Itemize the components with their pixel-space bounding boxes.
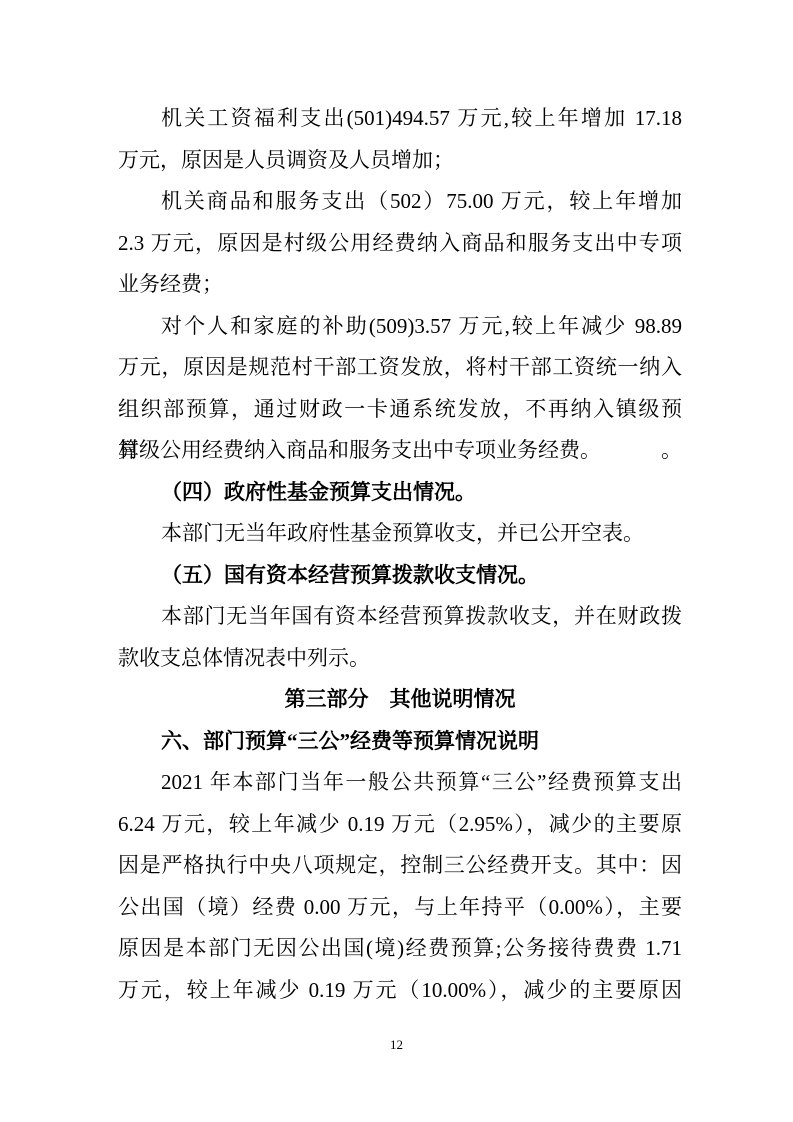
body-text-line: 组织部预算，通过财政一卡通系统发放，不再纳入镇级预算。 bbox=[118, 389, 682, 431]
body-text-line: 因是严格执行中央八项规定，控制三公经费开支。其中：因 bbox=[118, 845, 682, 887]
body-text-line: 万元，较上年减少 0.19 万元（10.00%），减少的主要原因 bbox=[118, 970, 682, 1012]
body-text-line: 机关工资福利支出(501)494.57 万元,较上年增加 17.18 bbox=[118, 98, 682, 140]
body-text-line: 业务经费； bbox=[118, 264, 682, 306]
body-text-line: 万元，原因是人员调资及人员增加； bbox=[118, 140, 682, 182]
document-body: 机关工资福利支出(501)494.57 万元,较上年增加 17.18万元，原因是… bbox=[118, 98, 682, 1011]
body-text-line: 对个人和家庭的补助(509)3.57 万元,较上年减少 98.89 bbox=[118, 306, 682, 348]
document-page: 机关工资福利支出(501)494.57 万元,较上年增加 17.18万元，原因是… bbox=[0, 0, 793, 1122]
body-text-line: 2.3 万元，原因是村级公用经费纳入商品和服务支出中专项 bbox=[118, 223, 682, 265]
body-text-line: 本部门无当年国有资本经营预算拨款收支，并在财政拨 bbox=[118, 596, 682, 638]
body-text-line: 原因是本部门无因公出国(境)经费预算;公务接待费费 1.71 bbox=[118, 928, 682, 970]
body-text-line: 6.24 万元，较上年减少 0.19 万元（2.95%），减少的主要原 bbox=[118, 804, 682, 846]
part-title: 第三部分 其他说明情况 bbox=[118, 679, 682, 721]
section-heading: 六、部门预算“三公”经费等预算情况说明 bbox=[118, 721, 682, 763]
body-text-line: 机关商品和服务支出（502）75.00 万元，较上年增加 bbox=[118, 181, 682, 223]
body-text-line: 本部门无当年政府性基金预算收支，并已公开空表。 bbox=[118, 513, 682, 555]
body-text-line: 公出国（境）经费 0.00 万元，与上年持平（0.00%），主要 bbox=[118, 887, 682, 929]
subsection-heading: （五）国有资本经营预算拨款收支情况。 bbox=[118, 555, 682, 597]
page-number: 12 bbox=[0, 1036, 793, 1054]
body-text-line: 款收支总体情况表中列示。 bbox=[118, 638, 682, 680]
body-text-line: 2021 年本部门当年一般公共预算“三公”经费预算支出 bbox=[118, 762, 682, 804]
subsection-heading: （四）政府性基金预算支出情况。 bbox=[118, 472, 682, 514]
body-text-line: 万元，原因是规范村干部工资发放，将村干部工资统一纳入 bbox=[118, 347, 682, 389]
body-text-line: 村级公用经费纳入商品和服务支出中专项业务经费。 bbox=[118, 430, 682, 472]
